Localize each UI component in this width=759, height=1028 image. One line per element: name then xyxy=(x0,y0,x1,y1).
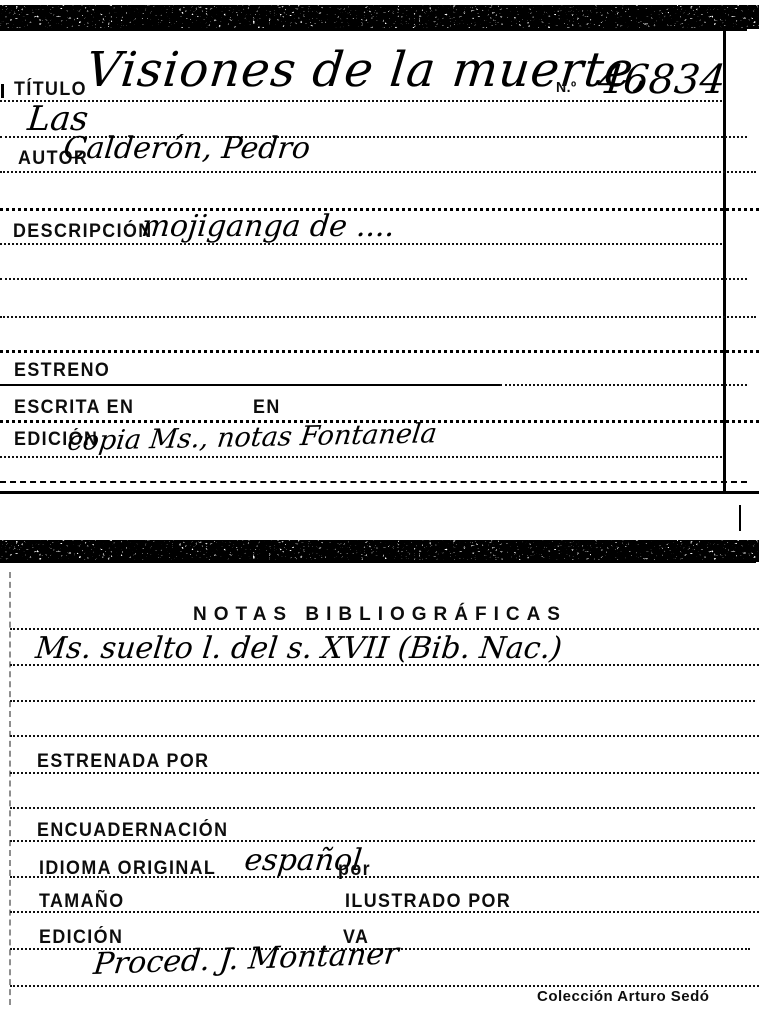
procedencia-rule xyxy=(10,985,759,987)
card-bottom-left-edge xyxy=(9,572,11,1005)
notas-rule-1 xyxy=(10,628,759,630)
card-top-top-edge xyxy=(0,28,747,31)
encuadernacion-label: ENCUADERNACIÓN xyxy=(37,820,228,842)
numero-handwriting: 46834 xyxy=(596,60,727,100)
autor-handwriting: Calderón, Pedro xyxy=(62,134,312,164)
card-bottom-top-edge xyxy=(0,560,756,563)
descripcion-handwriting: mojiganga de .... xyxy=(140,212,396,242)
notas-handwriting: Ms. suelto l. del s. XVII (Bib. Nac.) xyxy=(34,634,563,664)
escrita-en-label: ESCRITA EN xyxy=(14,397,134,419)
edicion-handwriting: copia Ms., notas Fontanela xyxy=(66,420,438,455)
estreno-rule-solid xyxy=(0,384,500,386)
notas-rule-3 xyxy=(10,700,755,702)
estreno-label: ESTRENO xyxy=(14,360,110,382)
torn-edge-noise-top xyxy=(0,5,759,29)
idioma-rule xyxy=(10,876,759,878)
notas-rule-2 xyxy=(10,664,759,666)
estreno-rule-dotted xyxy=(500,384,747,386)
tamano-rule xyxy=(10,911,759,913)
torn-edge-noise-mid xyxy=(0,540,759,562)
scanned-catalog-card-page: TÍTULO Visiones de la muerte, N.º 46834 … xyxy=(0,0,759,1028)
titulo-label: TÍTULO xyxy=(14,79,87,101)
en-label: EN xyxy=(253,397,281,419)
encuadernacion-rule xyxy=(10,840,755,842)
titulo-rule xyxy=(0,100,722,102)
procedencia-handwriting: Proced. J. Montaner xyxy=(92,939,400,980)
descripcion-rule xyxy=(0,243,722,245)
stray-tick-mark xyxy=(739,505,741,531)
autor-rule xyxy=(0,171,756,173)
estrenada-por-rule xyxy=(10,772,759,774)
blank-rule-1 xyxy=(0,278,747,280)
blank-rule-2 xyxy=(0,316,756,318)
estrenada-por-label: ESTRENADA POR xyxy=(37,751,209,773)
coleccion-credit: Colección Arturo Sedó xyxy=(537,988,709,1005)
ilustrado-por-label: ILUSTRADO POR xyxy=(345,891,511,913)
card-top-bottom-edge xyxy=(0,491,759,494)
divider-rule-2 xyxy=(0,350,759,353)
descripcion-label: DESCRIPCIÓN xyxy=(13,221,153,243)
left-edge-mark xyxy=(1,84,4,98)
edicion-rule xyxy=(0,456,722,458)
blank-rule-3 xyxy=(10,807,755,809)
tamano-label: TAMAÑO xyxy=(39,891,125,913)
notas-bibliograficas-heading: NOTAS BIBLIOGRÁFICAS xyxy=(150,604,610,626)
numero-label: N.º xyxy=(556,79,577,96)
notas-rule-4 xyxy=(10,735,759,737)
bottom-dash-rule xyxy=(0,481,747,483)
